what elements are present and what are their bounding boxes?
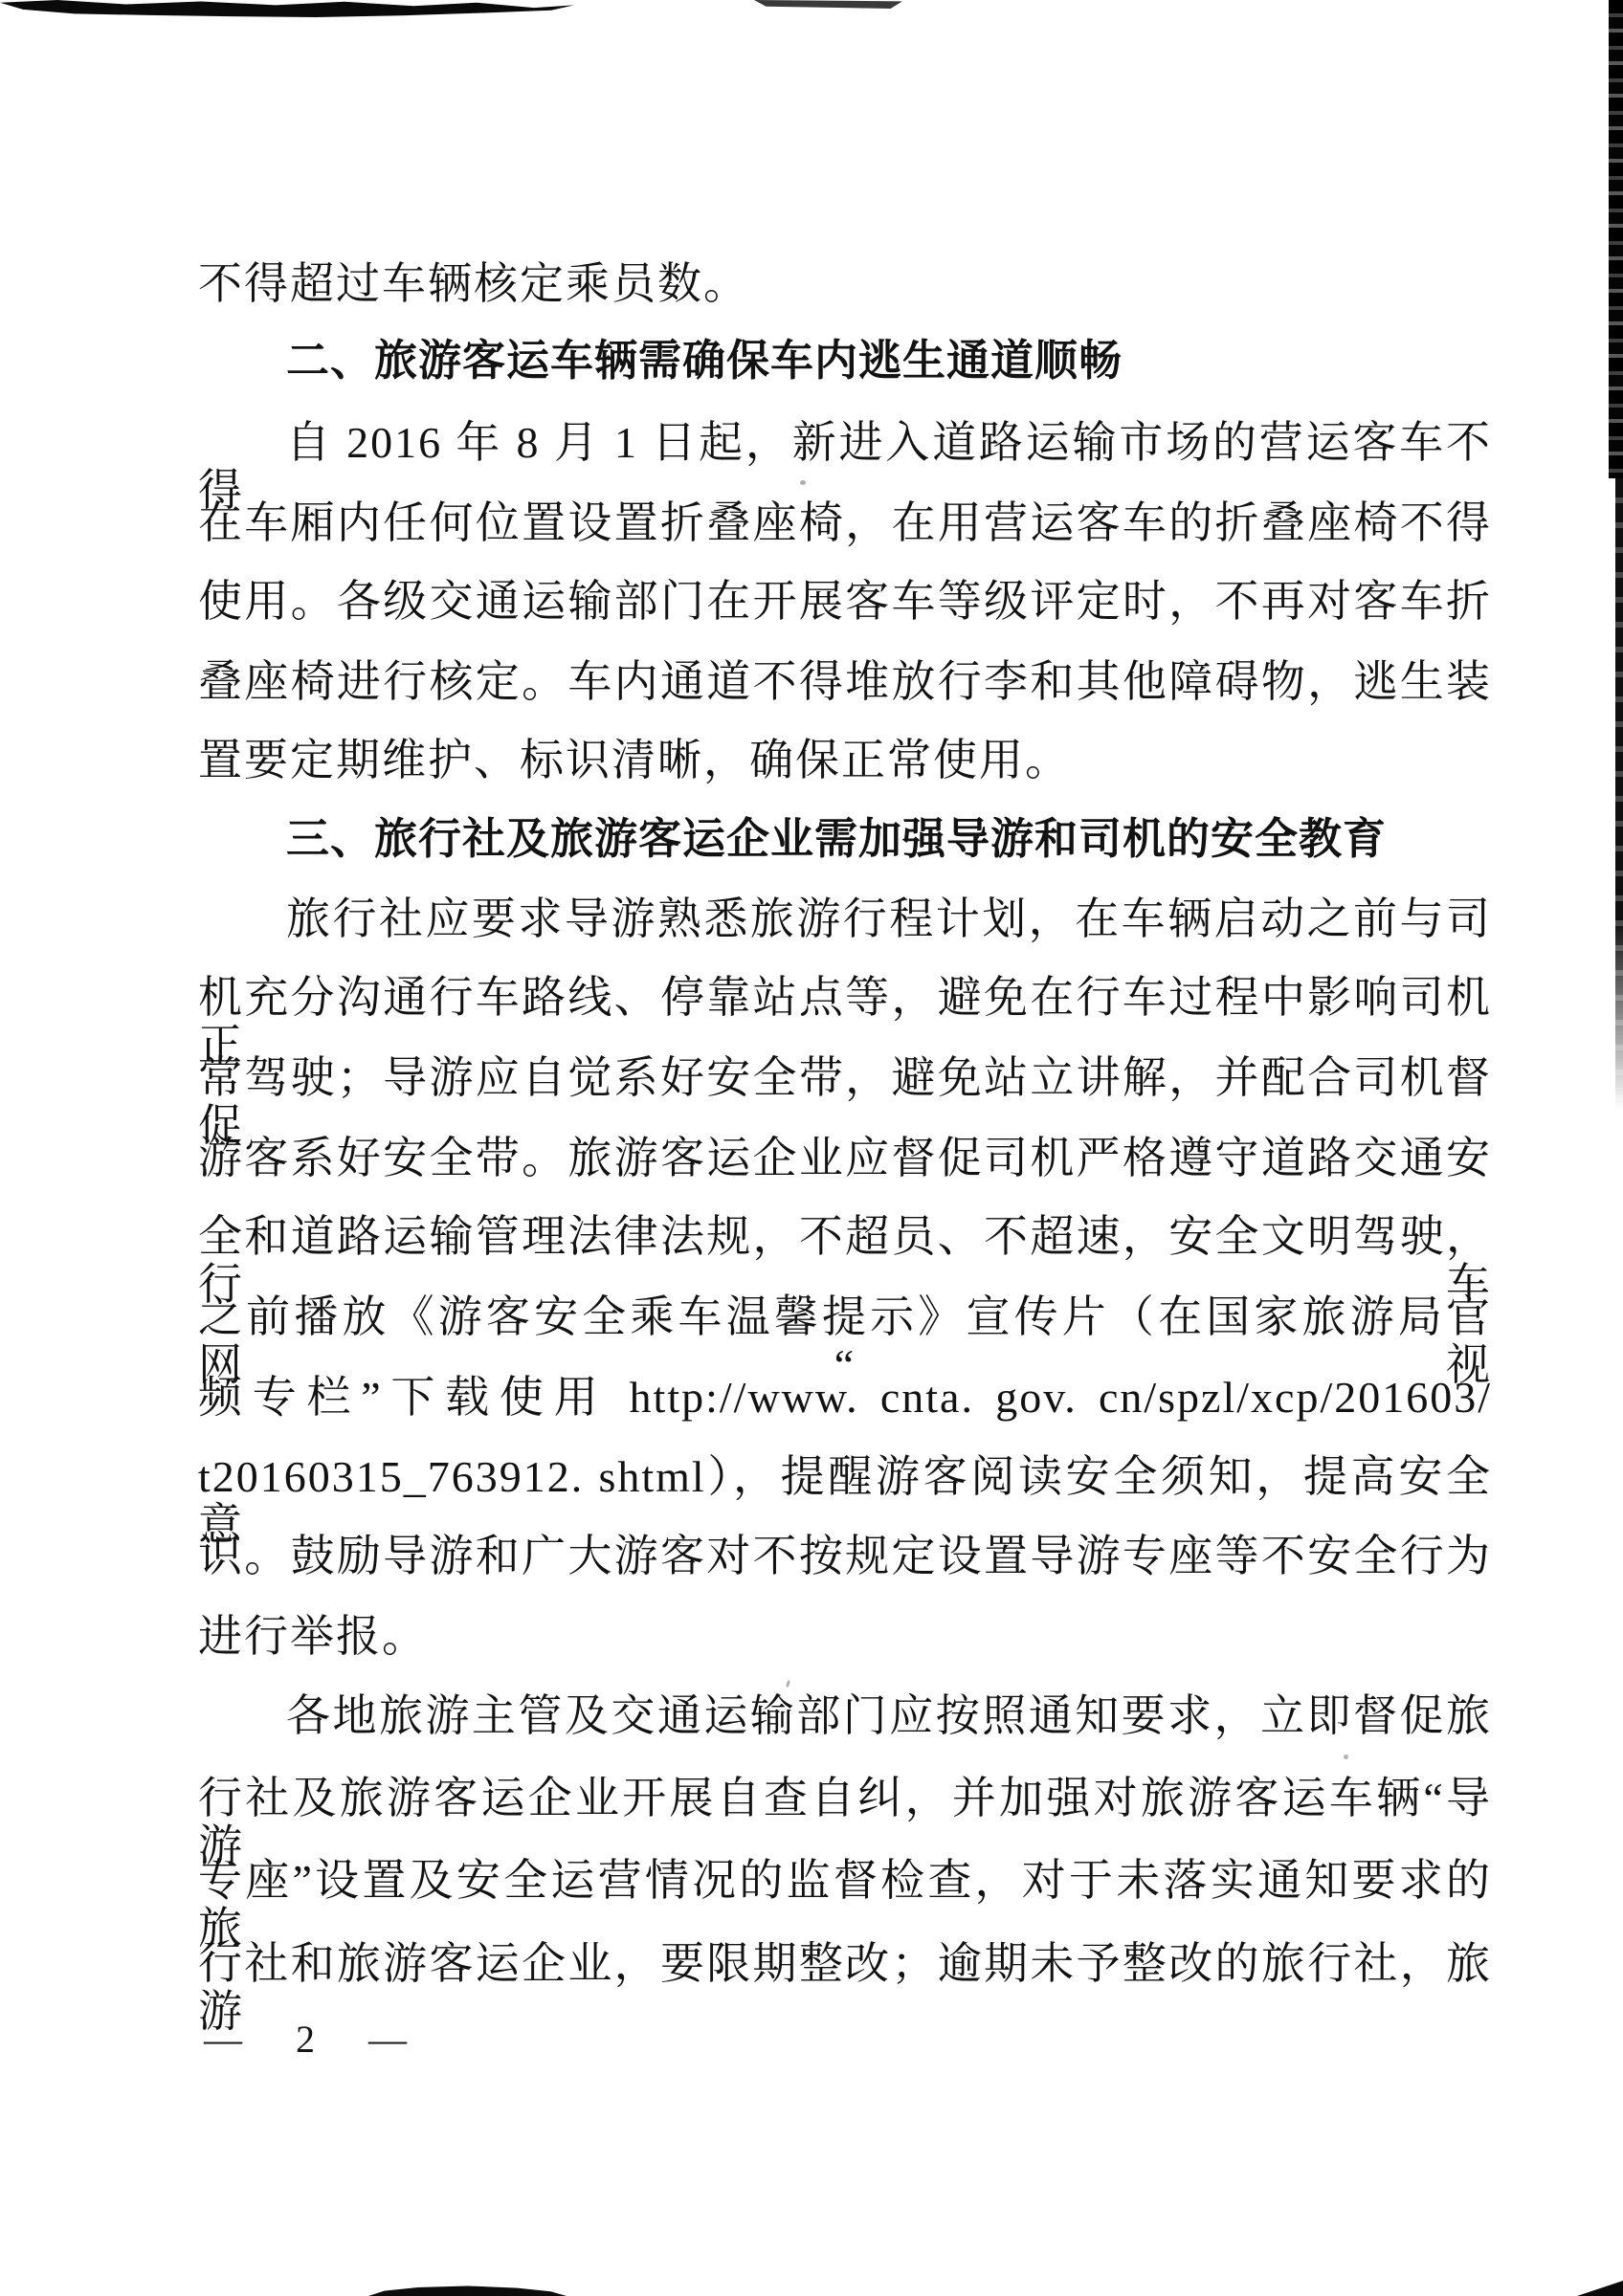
text-line: 专座”设置及安全运营情况的监督检查，对于未落实通知要求的旅 xyxy=(198,1857,1492,1905)
scan-smudge-top-left xyxy=(0,0,574,17)
text-line: 在车厢内任何位置设置折叠座椅，在用营运客车的折叠座椅不得 xyxy=(198,499,1492,547)
text-line: 机充分沟通行车路线、停靠站点等，避免在行车过程中影响司机正 xyxy=(198,974,1492,1022)
section-heading-2: 二、旅游客运车辆需确保车内逃生通道顺畅 xyxy=(198,337,1123,385)
text-line-url: t20160315_763912. shtml），提醒游客阅读安全须知，提高安全… xyxy=(198,1453,1492,1501)
section-heading-3: 三、旅行社及旅游客运企业需加强导游和司机的安全教育 xyxy=(198,815,1387,863)
text-line: 置要定期维护、标识清晰，确保正常使用。 xyxy=(198,737,1492,784)
text-line-url: 频专栏”下载使用 http://www. cnta. gov. cn/spzl/… xyxy=(198,1374,1492,1422)
text-line: 全和道路运输管理法律法规，不超员、不超速，安全文明驾驶，行车 xyxy=(198,1213,1492,1261)
text-line: 不得超过车辆核定乘员数。 xyxy=(198,260,1492,308)
scan-smudge-bottom xyxy=(368,2285,567,2296)
page-number: — 2 — xyxy=(204,2017,420,2062)
scan-speck xyxy=(1344,1755,1348,1759)
scan-smudge-bottom-right xyxy=(1577,2281,1623,2296)
text-line: 行社及旅游客运企业开展自查自纠，并加强对旅游客运车辆“导游 xyxy=(198,1775,1492,1822)
text-line: 进行举报。 xyxy=(198,1613,1492,1661)
text-line: 各地旅游主管及交通运输部门应按照通知要求，立即督促旅 xyxy=(198,1692,1492,1740)
text-line: 之前播放《游客安全乘车温馨提示》宣传片（在国家旅游局官网“视 xyxy=(198,1293,1492,1341)
text-line: 自 2016 年 8 月 1 日起，新进入道路运输市场的营运客车不得 xyxy=(198,419,1492,467)
scan-smudge-top-middle xyxy=(754,0,902,9)
scanned-document-page: 不得超过车辆核定乘员数。 二、旅游客运车辆需确保车内逃生通道顺畅 自 2016 … xyxy=(0,0,1623,2296)
text-line: 旅行社应要求导游熟悉旅游行程计划，在车辆启动之前与司 xyxy=(198,895,1492,943)
text-line: 行社和旅游客运企业，要限期整改；逾期未予整改的旅行社，旅游 xyxy=(198,1940,1492,1988)
scan-speck xyxy=(800,480,806,485)
scan-binding-edge-lower xyxy=(1615,478,1623,1110)
text-line: 使用。各级交通运输部门在开展客车等级评定时，不再对客车折 xyxy=(198,578,1492,626)
text-line: 叠座椅进行核定。车内通道不得堆放行李和其他障碍物，逃生装 xyxy=(198,658,1492,706)
text-line: 识。鼓励导游和广大游客对不按规定设置导游专座等不安全行为 xyxy=(198,1533,1492,1580)
text-line: 常驾驶；导游应自觉系好安全带，避免站立讲解，并配合司机督促 xyxy=(198,1054,1492,1102)
scan-binding-edge-upper xyxy=(1609,0,1623,478)
text-line: 游客系好安全带。旅游客运企业应督促司机严格遵守道路交通安 xyxy=(198,1135,1492,1182)
scan-speck xyxy=(786,1680,790,1689)
